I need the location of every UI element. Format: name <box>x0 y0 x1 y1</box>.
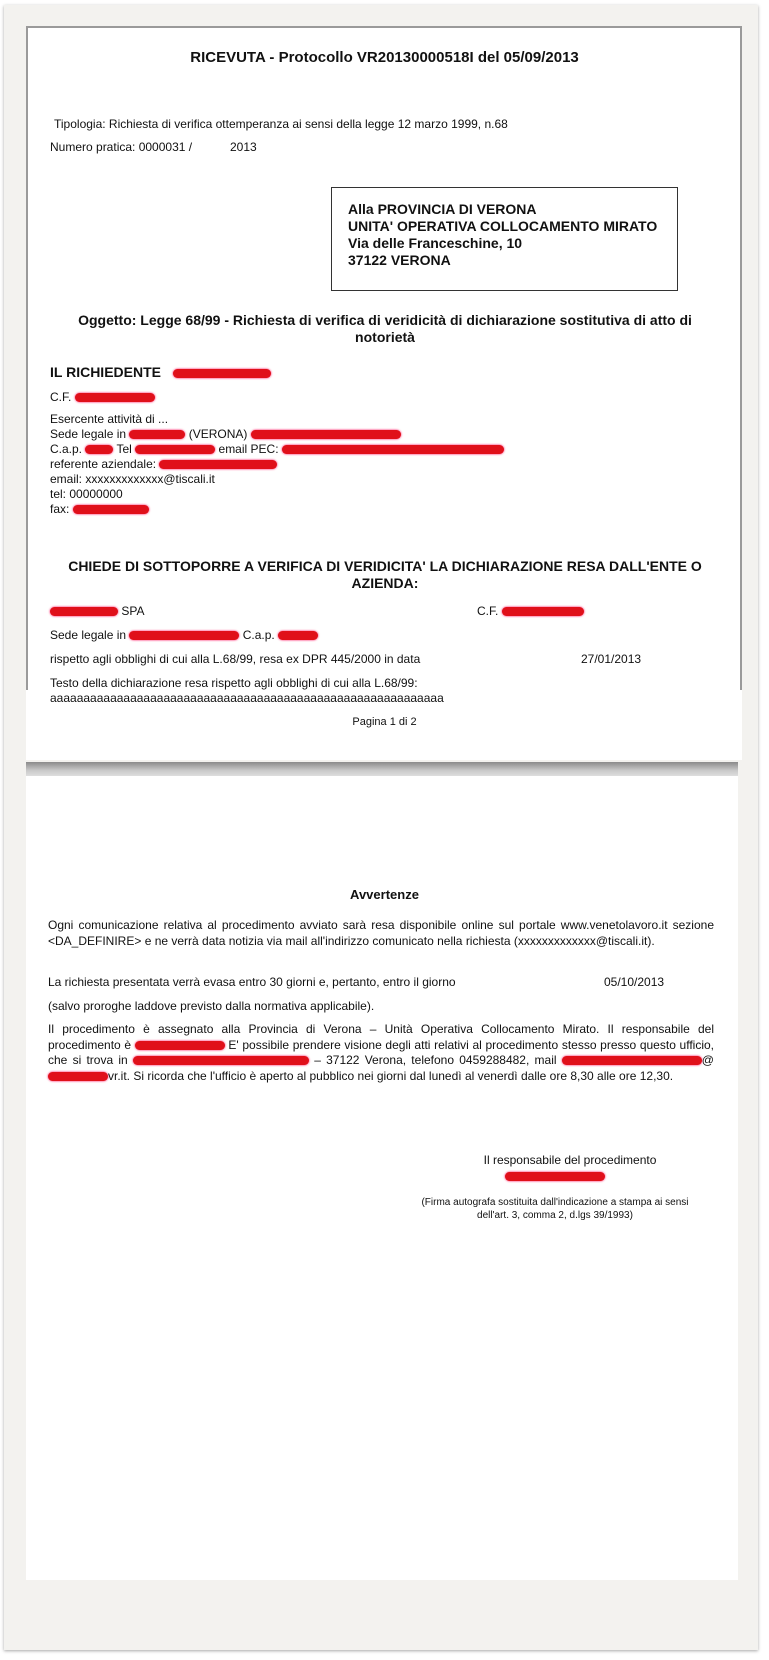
testo-dichiarazione: Testo della dichiarazione resa rispetto … <box>50 676 444 706</box>
numero-pratica-year: 2013 <box>230 140 257 154</box>
azienda-name: SPA <box>50 604 144 618</box>
signature-title: Il responsabile del procedimento <box>420 1153 720 1167</box>
testo-value: aaaaaaaaaaaaaaaaaaaaaaaaaaaaaaaaaaaaaaaa… <box>50 691 444 706</box>
recipient-line-3: Via delle Franceschine, 10 <box>348 235 677 252</box>
redacted-azienda-cap <box>278 631 318 640</box>
sede-line: Sede legale in (VERONA) <box>50 427 504 442</box>
chiede-heading: CHIEDE DI SOTTOPORRE A VERIFICA DI VERID… <box>45 558 725 592</box>
dichiarazione-date: 27/01/2013 <box>581 652 641 666</box>
azienda-suffix: SPA <box>121 604 144 618</box>
redacted-azienda-cf <box>502 607 584 616</box>
redacted-fax <box>73 505 149 514</box>
redacted-azienda-address <box>129 631 239 640</box>
pec-label: email PEC: <box>219 442 279 456</box>
redacted-office-address <box>133 1056 309 1065</box>
fax-label: fax: <box>50 502 69 516</box>
para3-part-c: – 37122 Verona, telefono 0459288482, mai… <box>314 1053 556 1067</box>
redacted-mail-domain <box>48 1072 108 1081</box>
sede-province: (VERONA) <box>189 427 248 441</box>
recipient-line-2: UNITA' OPERATIVA COLLOCAMENTO MIRATO <box>348 218 677 235</box>
cap-tel-pec-line: C.a.p. Tel email PEC: <box>50 442 504 457</box>
fax-line: fax: <box>50 502 504 517</box>
tel-label: Tel <box>116 442 131 456</box>
referente-line: referente aziendale: <box>50 457 504 472</box>
cf-label: C.F. <box>50 390 71 404</box>
numero-pratica-label: Numero pratica: 0000031 / <box>50 140 192 154</box>
avvertenze-heading: Avvertenze <box>0 887 769 902</box>
azienda-sede: Sede legale in C.a.p. <box>50 628 318 642</box>
azienda-cf: C.F. <box>477 604 584 618</box>
richiedente-heading: IL RICHIEDENTE <box>50 364 271 380</box>
redacted-cap <box>85 445 113 454</box>
redacted-responsabile <box>135 1041 225 1050</box>
redacted-referente <box>159 460 277 469</box>
azienda-cap-label: C.a.p. <box>243 628 275 642</box>
recipient-line-4: 37122 VERONA <box>348 252 677 269</box>
tipologia-line: Tipologia: Richiesta di verifica ottempe… <box>54 117 508 131</box>
page-separator <box>26 762 738 776</box>
para3-part-e: vr.it. Si ricorda che l'ufficio è aperto… <box>108 1069 673 1083</box>
evasa-date: 05/10/2013 <box>604 975 664 989</box>
firma-note: (Firma autografa sostituita dall'indicaz… <box>405 1196 705 1222</box>
richiedente-cf: C.F. <box>50 390 155 404</box>
redacted-mail-user <box>562 1056 702 1065</box>
cap-label: C.a.p. <box>50 442 82 456</box>
oggetto-heading: Oggetto: Legge 68/99 - Richiesta di veri… <box>60 312 710 346</box>
redacted-tel <box>135 445 215 454</box>
azienda-cf-label: C.F. <box>477 604 498 618</box>
redacted-cf <box>75 393 155 402</box>
richiedente-label: IL RICHIEDENTE <box>50 364 161 380</box>
redacted-company-name <box>173 369 271 378</box>
page-number: Pagina 1 di 2 <box>0 716 769 728</box>
para3-at: @ <box>702 1053 714 1067</box>
receipt-title: RICEVUTA - Protocollo VR20130000518I del… <box>0 49 769 66</box>
redacted-pec <box>282 445 504 454</box>
tel-line: tel: 00000000 <box>50 487 504 502</box>
testo-label: Testo della dichiarazione resa rispetto … <box>50 676 444 691</box>
recipient-address-box: Alla PROVINCIA DI VERONA UNITA' OPERATIV… <box>331 187 678 291</box>
email-line: email: xxxxxxxxxxxxx@tiscali.it <box>50 472 504 487</box>
redacted-azienda-name <box>50 607 118 616</box>
redacted-signature-name <box>505 1172 605 1181</box>
sede-label: Sede legale in <box>50 427 126 441</box>
avvertenze-paragraph-1: Ogni comunicazione relativa al procedime… <box>48 918 714 949</box>
referente-label: referente aziendale: <box>50 457 156 471</box>
evasa-text: La richiesta presentata verrà evasa entr… <box>48 975 456 989</box>
signature-name <box>505 1168 605 1186</box>
esercente-line: Esercente attività di ... <box>50 412 504 427</box>
azienda-sede-label: Sede legale in <box>50 628 126 642</box>
redacted-address <box>251 430 401 439</box>
rispetto-line: rispetto agli obblighi di cui alla L.68/… <box>50 652 420 666</box>
richiedente-details: Esercente attività di ... Sede legale in… <box>50 412 504 517</box>
proroghe-text: (salvo proroghe laddove previsto dalla n… <box>48 999 374 1013</box>
redacted-city <box>129 430 185 439</box>
recipient-line-1: Alla PROVINCIA DI VERONA <box>348 201 677 218</box>
avvertenze-paragraph-3: Il procedimento è assegnato alla Provinc… <box>48 1022 714 1084</box>
